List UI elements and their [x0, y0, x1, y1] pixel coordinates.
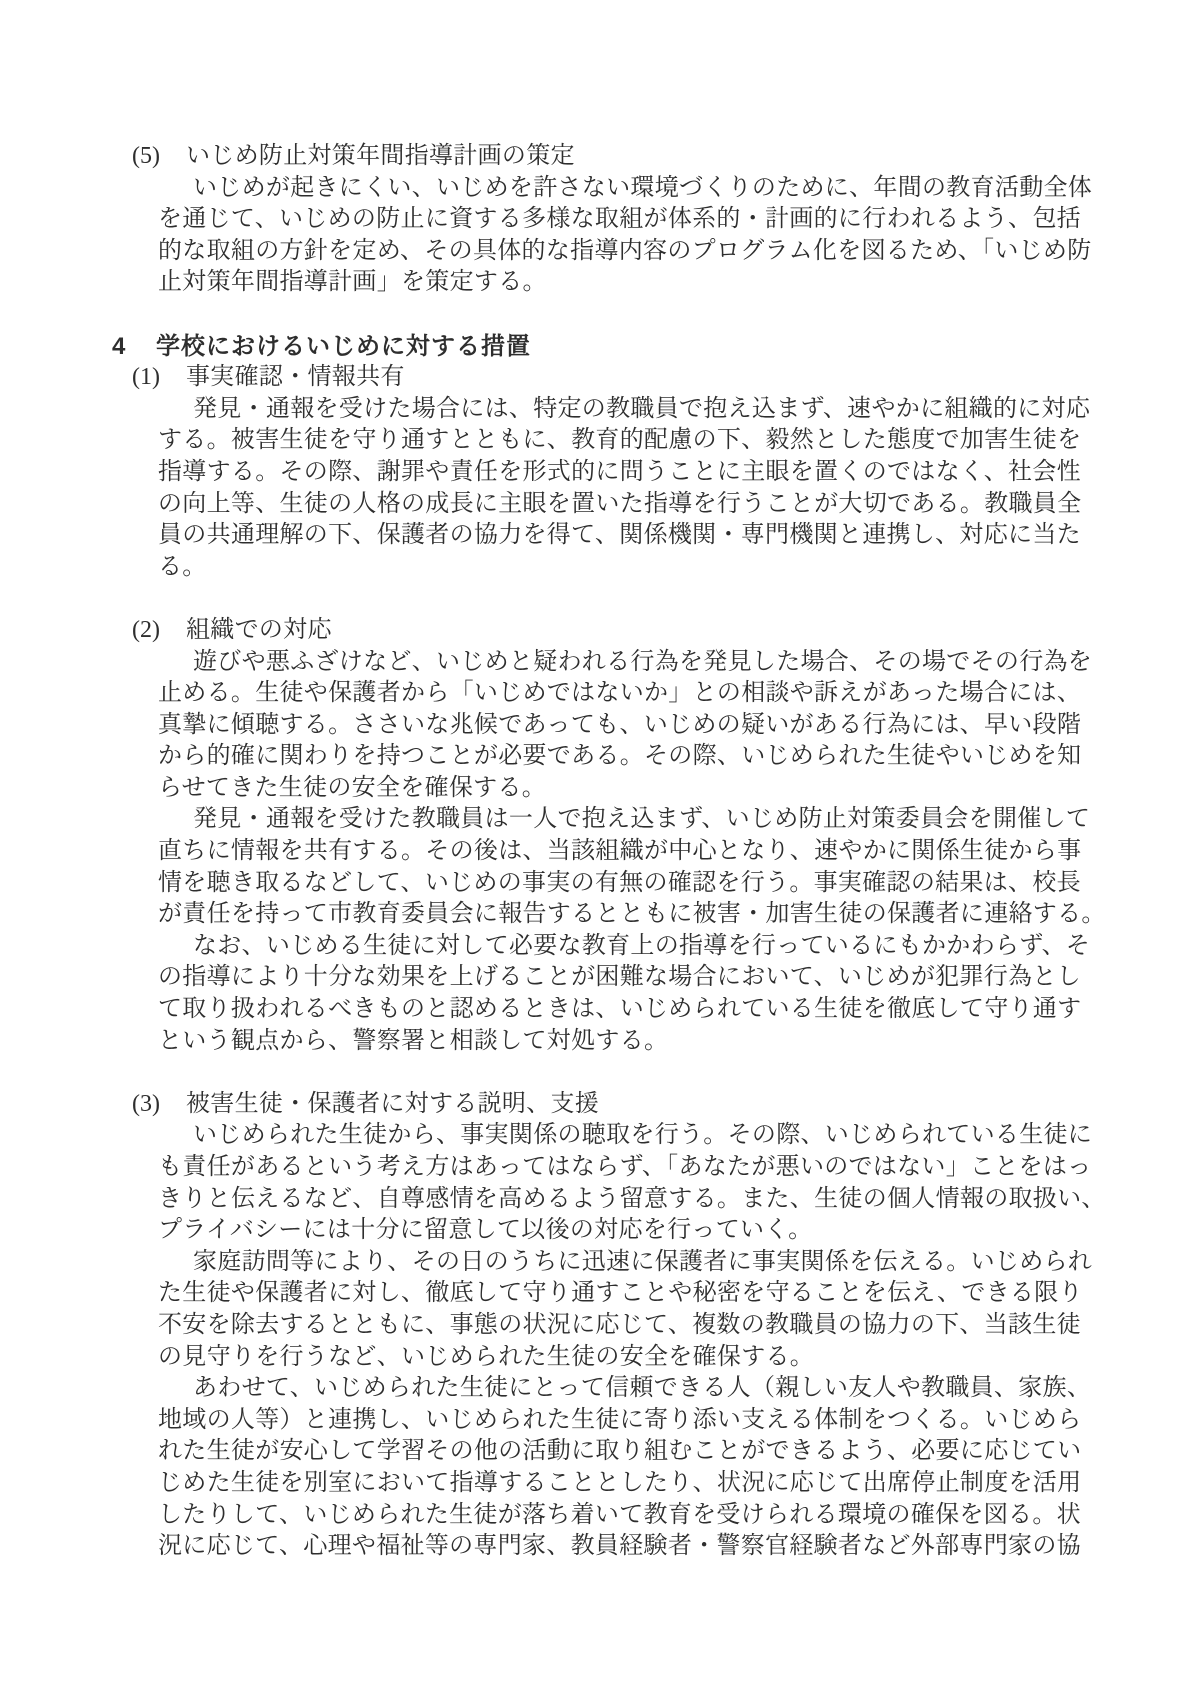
text-line: 不安を除去するとともに、事態の状況に応じて、複数の教職員の協力の下、当該生徒 — [158, 1310, 1092, 1342]
text-line: したりして、いじめられた生徒が落ち着いて教育を受けられる環境の確保を図る。状 — [158, 1500, 1092, 1532]
text-line: 止対策年間指導計画」を策定する。 — [158, 267, 1092, 299]
item-title: 被害生徒・保護者に対する説明、支援 — [186, 1091, 599, 1117]
section-heading-row: 4学校におけるいじめに対する措置 — [112, 331, 1092, 363]
text-line: 況に応じて、心理や福祉等の専門家、教員経験者・警察官経験者など外部専門家の協 — [158, 1531, 1092, 1563]
text-line: あわせて、いじめられた生徒にとって信頼できる人（親しい友人や教職員、家族、 — [158, 1373, 1092, 1405]
text-line: プライバシーには十分に留意して以後の対応を行っていく。 — [158, 1215, 1092, 1247]
paragraph: なお、いじめる生徒に対して必要な教育上の指導を行っているにもかかわらず、その指導… — [158, 931, 1092, 1057]
text-line: 発見・通報を受けた教職員は一人で抱え込まず、いじめ防止対策委員会を開催して — [158, 804, 1092, 836]
paragraph: 発見・通報を受けた場合には、特定の教職員で抱え込まず、速やかに組織的に対応する。… — [158, 394, 1092, 584]
text-line: の向上等、生徒の人格の成長に主眼を置いた指導を行うことが大切である。教職員全 — [158, 489, 1092, 521]
section-title: 学校におけるいじめに対する措置 — [156, 333, 531, 360]
numbered-item: (2)組織での対応遊びや悪ふざけなど、いじめと疑われる行為を発見した場合、その場… — [158, 615, 1092, 1057]
text-line: が責任を持って市教育委員会に報告するとともに被害・加害生徒の保護者に連絡する。 — [158, 899, 1092, 931]
text-line: 止める。生徒や保護者から「いじめではないか」との相談や訴えがあった場合には、 — [158, 678, 1092, 710]
paragraph: 家庭訪問等により、その日のうちに迅速に保護者に事実関係を伝える。いじめられた生徒… — [158, 1247, 1092, 1373]
item-heading-row: (5)いじめ防止対策年間指導計画の策定 — [132, 141, 1092, 173]
text-line: いじめが起きにくい、いじめを許さない環境づくりのために、年間の教育活動全体 — [158, 173, 1092, 205]
text-line: 真摯に傾聴する。ささいな兆候であっても、いじめの疑いがある行為には、早い段階 — [158, 710, 1092, 742]
section-heading: 4学校におけるいじめに対する措置 — [158, 331, 1092, 363]
text-line: 発見・通報を受けた場合には、特定の教職員で抱え込まず、速やかに組織的に対応 — [158, 394, 1092, 426]
paragraph: あわせて、いじめられた生徒にとって信頼できる人（親しい友人や教職員、家族、地域の… — [158, 1373, 1092, 1563]
text-line: 指導する。その際、謝罪や責任を形式的に問うことに主眼を置くのではなく、社会性 — [158, 457, 1092, 489]
item-number: (1) — [132, 362, 186, 394]
item-title: いじめ防止対策年間指導計画の策定 — [186, 143, 575, 169]
section-number: 4 — [112, 331, 156, 363]
text-line: も責任があるという考え方はあってはならず、「あなたが悪いのではない」ことをはっ — [158, 1152, 1092, 1184]
text-line: の指導により十分な効果を上げることが困難な場合において、いじめが犯罪行為とし — [158, 962, 1092, 994]
document-content: (5)いじめ防止対策年間指導計画の策定いじめが起きにくい、いじめを許さない環境づ… — [158, 141, 1092, 1563]
text-line: いじめられた生徒から、事実関係の聴取を行う。その際、いじめられている生徒に — [158, 1120, 1092, 1152]
paragraph: いじめが起きにくい、いじめを許さない環境づくりのために、年間の教育活動全体を通じ… — [158, 173, 1092, 299]
text-line: じめた生徒を別室において指導することとしたり、状況に応じて出席停止制度を活用 — [158, 1468, 1092, 1500]
text-line: 直ちに情報を共有する。その後は、当該組織が中心となり、速やかに関係生徒から事 — [158, 836, 1092, 868]
text-line: きりと伝えるなど、自尊感情を高めるよう留意する。また、生徒の個人情報の取扱い、 — [158, 1184, 1092, 1216]
text-line: らせてきた生徒の安全を確保する。 — [158, 773, 1092, 805]
text-line: 情を聴き取るなどして、いじめの事実の有無の確認を行う。事実確認の結果は、校長 — [158, 868, 1092, 900]
item-title: 事実確認・情報共有 — [186, 364, 405, 390]
text-line: 遊びや悪ふざけなど、いじめと疑われる行為を発見した場合、その場でその行為を — [158, 647, 1092, 679]
text-line: 家庭訪問等により、その日のうちに迅速に保護者に事実関係を伝える。いじめられ — [158, 1247, 1092, 1279]
text-line: て取り扱われるべきものと認めるときは、いじめられている生徒を徹底して守り通す — [158, 994, 1092, 1026]
item-number: (2) — [132, 615, 186, 647]
text-line: の見守りを行うなど、いじめられた生徒の安全を確保する。 — [158, 1342, 1092, 1374]
text-line: を通じて、いじめの防止に資する多様な取組が体系的・計画的に行われるよう、包括 — [158, 204, 1092, 236]
numbered-item: (3)被害生徒・保護者に対する説明、支援いじめられた生徒から、事実関係の聴取を行… — [158, 1089, 1092, 1563]
item-heading-row: (2)組織での対応 — [132, 615, 1092, 647]
text-line: れた生徒が安心して学習その他の活動に取り組むことができるよう、必要に応じてい — [158, 1436, 1092, 1468]
numbered-item: (5)いじめ防止対策年間指導計画の策定いじめが起きにくい、いじめを許さない環境づ… — [158, 141, 1092, 299]
document-page: (5)いじめ防止対策年間指導計画の策定いじめが起きにくい、いじめを許さない環境づ… — [0, 0, 1200, 1698]
paragraph: 遊びや悪ふざけなど、いじめと疑われる行為を発見した場合、その場でその行為を止める… — [158, 647, 1092, 805]
item-number: (3) — [132, 1089, 186, 1121]
text-line: という観点から、警察署と相談して対処する。 — [158, 1026, 1092, 1058]
paragraph: いじめられた生徒から、事実関係の聴取を行う。その際、いじめられている生徒にも責任… — [158, 1120, 1092, 1246]
text-line: から的確に関わりを持つことが必要である。その際、いじめられた生徒やいじめを知 — [158, 741, 1092, 773]
item-heading-row: (1)事実確認・情報共有 — [132, 362, 1092, 394]
item-number: (5) — [132, 141, 186, 173]
text-line: 地域の人等）と連携し、いじめられた生徒に寄り添い支える体制をつくる。いじめら — [158, 1405, 1092, 1437]
item-heading-row: (3)被害生徒・保護者に対する説明、支援 — [132, 1089, 1092, 1121]
text-line: 員の共通理解の下、保護者の協力を得て、関係機関・専門機関と連携し、対応に当た — [158, 520, 1092, 552]
paragraph: 発見・通報を受けた教職員は一人で抱え込まず、いじめ防止対策委員会を開催して直ちに… — [158, 804, 1092, 930]
text-line: 的な取組の方針を定め、その具体的な指導内容のプログラム化を図るため、「いじめ防 — [158, 236, 1092, 268]
numbered-item: (1)事実確認・情報共有発見・通報を受けた場合には、特定の教職員で抱え込まず、速… — [158, 362, 1092, 583]
text-line: する。被害生徒を守り通すとともに、教育的配慮の下、毅然とした態度で加害生徒を — [158, 425, 1092, 457]
text-line: た生徒や保護者に対し、徹底して守り通すことや秘密を守ることを伝え、できる限り — [158, 1278, 1092, 1310]
text-line: る。 — [158, 552, 1092, 584]
item-title: 組織での対応 — [186, 617, 332, 643]
text-line: なお、いじめる生徒に対して必要な教育上の指導を行っているにもかかわらず、そ — [158, 931, 1092, 963]
